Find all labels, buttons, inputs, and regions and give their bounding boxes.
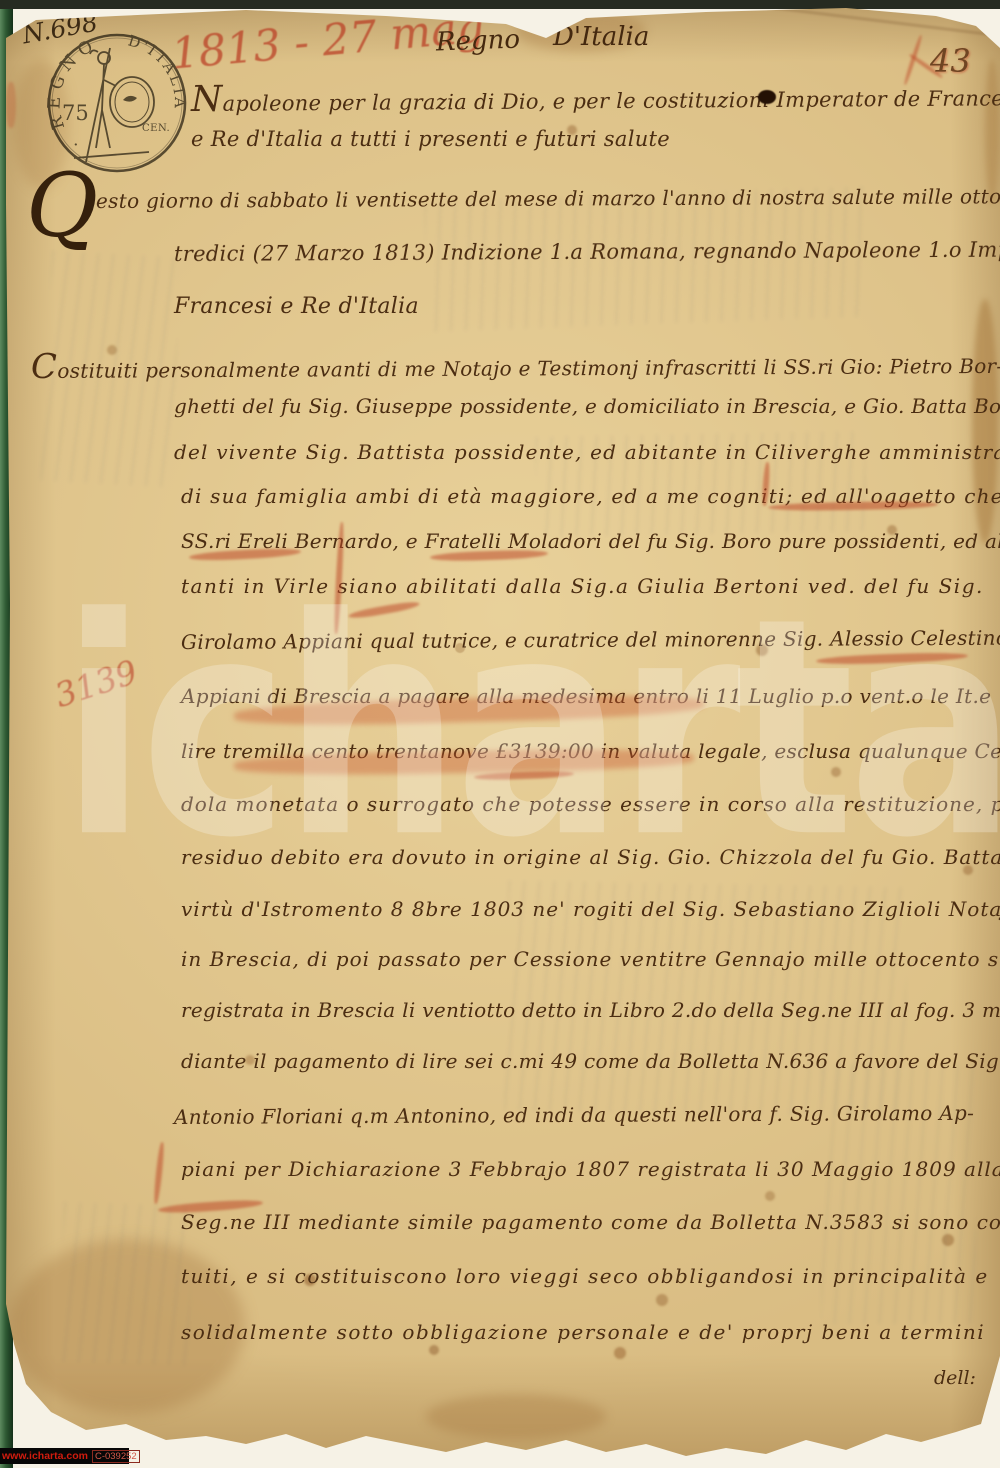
manuscript-line: in Brescia, di poi passato per Cessione … bbox=[181, 947, 1000, 971]
dealer-url: www.icharta.com bbox=[2, 1450, 88, 1462]
catalog-code: C-039252 bbox=[92, 1450, 140, 1463]
manuscript-line: Seg.ne III mediante simile pagamento com… bbox=[181, 1210, 1000, 1234]
manuscript-line: ghetti del fu Sig. Giuseppe possidente, … bbox=[174, 394, 1000, 418]
scanned-manuscript-page: . REGNO D'ITALIA 75 CEN. N.698 1813 - 27… bbox=[0, 0, 1000, 1468]
manuscript-line: registrata in Brescia li ventiotto detto… bbox=[181, 998, 1000, 1022]
manuscript-line: e Re d'Italia a tutti i presenti e futur… bbox=[191, 127, 670, 151]
manuscript-line: diante il pagamento di lire sei c.mi 49 … bbox=[181, 1049, 1000, 1073]
manuscript-line: Francesi e Re d'Italia bbox=[174, 294, 419, 319]
manuscript-line: Antonio Floriani q.m Antonino, ed indi d… bbox=[174, 1101, 974, 1129]
icharta-watermark: icharta bbox=[61, 579, 1000, 879]
manuscript-line: tuiti, e si costituiscono loro vieggi se… bbox=[181, 1264, 989, 1288]
manuscript-line: esto giorno di sabbato li ventisette del… bbox=[96, 184, 1000, 213]
scan-edge-top bbox=[0, 0, 1000, 9]
manuscript-line: SS.ri Ereli Bernardo, e Fratelli Molador… bbox=[181, 529, 1000, 553]
ink-blot bbox=[758, 90, 776, 104]
manuscript-line: solidalmente sotto obbligazione personal… bbox=[181, 1320, 985, 1344]
dealer-id-bar: www.icharta.com C-039252 bbox=[0, 1448, 129, 1464]
manuscript-line: Costituiti personalmente avanti di me No… bbox=[31, 342, 1000, 387]
manuscript-line: piani per Dichiarazione 3 Febbrajo 1807 … bbox=[181, 1157, 1000, 1181]
manuscript-line: del vivente Sig. Battista possidente, ed… bbox=[174, 440, 1000, 464]
manuscript-line: tredici (27 Marzo 1813) Indizione 1.a Ro… bbox=[174, 237, 1000, 266]
paper-sheet: . REGNO D'ITALIA 75 CEN. N.698 1813 - 27… bbox=[6, 4, 1000, 1456]
manuscript-line: Napoleone per la grazia di Dio, e per le… bbox=[191, 73, 1000, 120]
catchword: dell: bbox=[934, 1367, 976, 1389]
